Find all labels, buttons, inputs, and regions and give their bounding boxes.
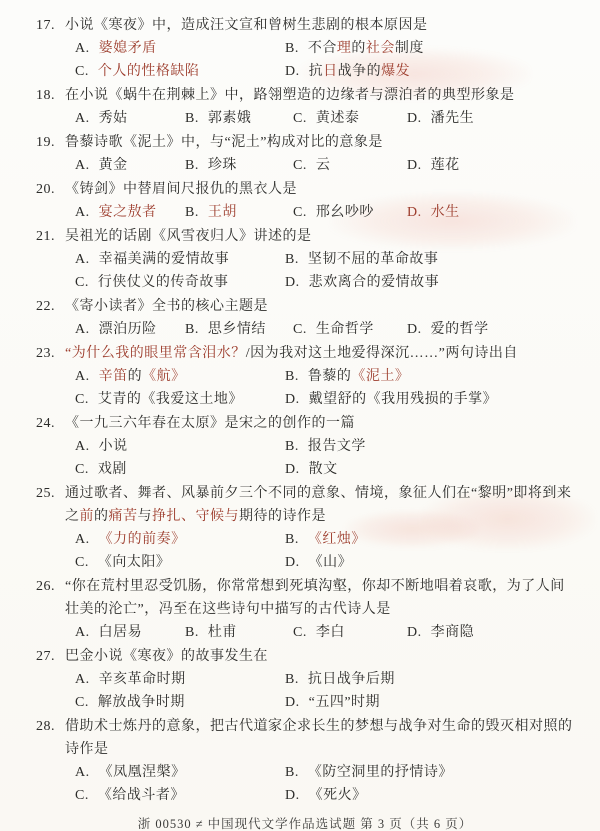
option: A.小说 bbox=[75, 435, 285, 458]
stem-segment: 的 bbox=[94, 509, 109, 524]
option: B.王胡 bbox=[185, 201, 293, 224]
stem-segment: 痛苦 bbox=[109, 509, 138, 524]
option-text: 《山》 bbox=[309, 555, 353, 570]
option-text-segment: 《红烛》 bbox=[308, 532, 366, 547]
option-text-segment: 抗日战争后期 bbox=[308, 672, 395, 687]
option: D.《死火》 bbox=[285, 784, 574, 807]
options-grid: A.秀姑B.郭素娥C.黄述泰D.潘先生 bbox=[75, 107, 574, 130]
option: C.《给战斗者》 bbox=[75, 784, 285, 807]
option: D.悲欢离合的爱情故事 bbox=[285, 271, 574, 294]
option: A.黄金 bbox=[75, 154, 185, 177]
stem-segment: 前 bbox=[80, 509, 95, 524]
option-label: B. bbox=[185, 322, 199, 337]
option-label: B. bbox=[285, 765, 299, 780]
option-text-segment: 潘先生 bbox=[431, 111, 475, 126]
question-list: 17.小说《寒夜》中，造成汪文宣和曾树生悲剧的根本原因是A.婆媳矛盾B.不合理的… bbox=[36, 14, 574, 807]
options-grid: A.幸福美满的爱情故事B.坚韧不屈的革命故事C.行侠仗义的传奇故事D.悲欢离合的… bbox=[75, 248, 574, 294]
stem-segment: 挣扎、 bbox=[152, 509, 196, 524]
option: A.幸福美满的爱情故事 bbox=[75, 248, 285, 271]
options-grid: A.《力的前奏》B.《红烛》C.《向太阳》D.《山》 bbox=[75, 528, 574, 574]
question-stem: 吴祖光的话剧《风雪夜归人》讲述的是 bbox=[65, 225, 574, 248]
option-text-segment: 《向太阳》 bbox=[98, 555, 171, 570]
question-number: 27. bbox=[36, 645, 65, 668]
question-stem: 《铸剑》中替眉间尺报仇的黑衣人是 bbox=[65, 178, 574, 201]
option-text: 《防空洞里的抒情诗》 bbox=[308, 765, 453, 780]
stem-segment: 《铸剑》中替眉间尺报仇的黑衣人是 bbox=[65, 182, 297, 197]
option-text: 潘先生 bbox=[431, 111, 475, 126]
question-stem-row: 28.借助术士炼丹的意象，把古代道家企求长生的梦想与战争对生命的毁灭相对照的诗作… bbox=[36, 715, 574, 761]
option: B.不合理的社会制度 bbox=[285, 37, 574, 60]
option-label: C. bbox=[293, 158, 307, 173]
question-stem: “你在荒村里忍受饥肠，你常常想到死填沟壑，你却不断地唱着哀歌，为了人间壮美的沦亡… bbox=[65, 575, 574, 621]
option-text-segment: 艾青的《我爱这土地》 bbox=[98, 392, 243, 407]
option-text: 生命哲学 bbox=[316, 322, 374, 337]
option-label: B. bbox=[285, 252, 299, 267]
question-stem-row: 24.《一九三六年春在太原》是宋之的创作的一篇 bbox=[36, 412, 574, 435]
option-text: 邢幺吵吵 bbox=[316, 205, 374, 220]
option-label: B. bbox=[185, 111, 199, 126]
option: B.珍珠 bbox=[185, 154, 293, 177]
option: C.个人的性格缺陷 bbox=[75, 60, 285, 83]
option-text: 水生 bbox=[431, 205, 460, 220]
option-label: D. bbox=[285, 64, 300, 79]
option-text-segment: 解放战争时期 bbox=[98, 695, 185, 710]
footer-text: 浙 00530 ≠ 中国现代文学作品选试题 第 3 页（共 6 页） bbox=[138, 817, 473, 831]
option-label: A. bbox=[75, 205, 90, 220]
option-label: A. bbox=[75, 41, 90, 56]
option-label: D. bbox=[285, 275, 300, 290]
option: B.《红烛》 bbox=[285, 528, 574, 551]
option-text-segment: 散文 bbox=[309, 462, 338, 477]
question-stem-row: 19.鲁藜诗歌《泥土》中，与“泥土”构成对比的意象是 bbox=[36, 131, 574, 154]
option-text: 辛亥革命时期 bbox=[99, 672, 186, 687]
option: C.艾青的《我爱这土地》 bbox=[75, 388, 285, 411]
option-text: 《向太阳》 bbox=[98, 555, 171, 570]
option-text-segment: 《死火》 bbox=[309, 788, 367, 803]
option-text: 《凤凰涅槃》 bbox=[99, 765, 186, 780]
option-text: 《死火》 bbox=[309, 788, 367, 803]
option-text-segment: 小说 bbox=[99, 439, 128, 454]
option-text: 李白 bbox=[316, 625, 345, 640]
option-text-segment: 李白 bbox=[316, 625, 345, 640]
option: A.漂泊历险 bbox=[75, 318, 185, 341]
stem-segment: 《一九三六年春在太原》是宋之的创作的一篇 bbox=[65, 416, 355, 431]
option-text-segment: 爆发 bbox=[381, 64, 410, 79]
question-stem: 通过歌者、舞者、风暴前夕三个不同的意象、情境，象征人们在“黎明”即将到来之前的痛… bbox=[65, 482, 574, 528]
option-text: 秀姑 bbox=[99, 111, 128, 126]
option-text: 珍珠 bbox=[208, 158, 237, 173]
stem-segment: 与 bbox=[225, 509, 240, 524]
question: 21.吴祖光的话剧《风雪夜归人》讲述的是A.幸福美满的爱情故事B.坚韧不屈的革命… bbox=[36, 225, 574, 294]
option: B.思乡情结 bbox=[185, 318, 293, 341]
option-text: 《力的前奏》 bbox=[99, 532, 186, 547]
option: D.《山》 bbox=[285, 551, 574, 574]
option-text: 辛笛的《航》 bbox=[99, 369, 186, 384]
exam-page: 17.小说《寒夜》中，造成汪文宣和曾树生悲剧的根本原因是A.婆媳矛盾B.不合理的… bbox=[0, 0, 600, 831]
option-text: 幸福美满的爱情故事 bbox=[99, 252, 230, 267]
option-text-segment: 《泥土》 bbox=[351, 369, 409, 384]
option-text-segment: 生命哲学 bbox=[316, 322, 374, 337]
option-text: 王胡 bbox=[208, 205, 237, 220]
option: D.莲花 bbox=[407, 154, 574, 177]
stem-segment: /因为我对这土地爱得深沉……”两句诗出自 bbox=[246, 346, 518, 361]
option-text: 《给战斗者》 bbox=[98, 788, 185, 803]
option-text-segment: 婆媳矛盾 bbox=[99, 41, 157, 56]
question: 23.“为什么我的眼里常含泪水？/因为我对这土地爱得深沉……”两句诗出自A.辛笛… bbox=[36, 342, 574, 411]
option-text-segment: 珍珠 bbox=[208, 158, 237, 173]
question-stem: 《一九三六年春在太原》是宋之的创作的一篇 bbox=[65, 412, 574, 435]
stem-segment: 小说《寒夜》中，造成汪文宣和曾树生悲剧的根本原因是 bbox=[65, 18, 428, 33]
option-label: C. bbox=[75, 462, 89, 477]
option-text-segment: 戏剧 bbox=[98, 462, 127, 477]
option-text-segment: 杜甫 bbox=[208, 625, 237, 640]
question-number: 24. bbox=[36, 412, 65, 435]
option: A.《凤凰涅槃》 bbox=[75, 761, 285, 784]
option-text-segment: 秀姑 bbox=[99, 111, 128, 126]
option: A.辛笛的《航》 bbox=[75, 365, 285, 388]
option-label: D. bbox=[407, 111, 422, 126]
option-text-segment: 邢幺吵吵 bbox=[316, 205, 374, 220]
option: D.爱的哲学 bbox=[407, 318, 574, 341]
option-text-segment: 辛亥革命时期 bbox=[99, 672, 186, 687]
option-text-segment: 莲花 bbox=[431, 158, 460, 173]
option-label: D. bbox=[285, 788, 300, 803]
option-text: 悲欢离合的爱情故事 bbox=[309, 275, 440, 290]
option-label: C. bbox=[75, 555, 89, 570]
question-stem-row: 25.通过歌者、舞者、风暴前夕三个不同的意象、情境，象征人们在“黎明”即将到来之… bbox=[36, 482, 574, 528]
option-label: A. bbox=[75, 625, 90, 640]
option-text: 郭素娥 bbox=[208, 111, 252, 126]
question-stem-row: 22.《寄小读者》全书的核心主题是 bbox=[36, 295, 574, 318]
option: B.《防空洞里的抒情诗》 bbox=[285, 761, 574, 784]
option-label: A. bbox=[75, 672, 90, 687]
question-stem-row: 26.“你在荒村里忍受饥肠，你常常想到死填沟壑，你却不断地唱着哀歌，为了人间壮美… bbox=[36, 575, 574, 621]
question: 24.《一九三六年春在太原》是宋之的创作的一篇A.小说B.报告文学C.戏剧D.散… bbox=[36, 412, 574, 481]
question: 28.借助术士炼丹的意象，把古代道家企求长生的梦想与战争对生命的毁灭相对照的诗作… bbox=[36, 715, 574, 807]
option-text: 《红烛》 bbox=[308, 532, 366, 547]
question-number: 21. bbox=[36, 225, 65, 248]
question-number: 19. bbox=[36, 131, 65, 154]
option-label: C. bbox=[75, 392, 89, 407]
option: C.《向太阳》 bbox=[75, 551, 285, 574]
option-label: C. bbox=[293, 205, 307, 220]
option-text-segment: 的 bbox=[128, 369, 143, 384]
option-label: A. bbox=[75, 765, 90, 780]
question-stem-row: 21.吴祖光的话剧《风雪夜归人》讲述的是 bbox=[36, 225, 574, 248]
option-text-segment: 幸福美满的爱情故事 bbox=[99, 252, 230, 267]
option-label: B. bbox=[285, 672, 299, 687]
option-text: 坚韧不屈的革命故事 bbox=[308, 252, 439, 267]
option-text-segment: 思乡情结 bbox=[208, 322, 266, 337]
options-grid: A.辛笛的《航》B.鲁藜的《泥土》C.艾青的《我爱这土地》D.戴望舒的《我用残损… bbox=[75, 365, 574, 411]
question-stem-row: 17.小说《寒夜》中，造成汪文宣和曾树生悲剧的根本原因是 bbox=[36, 14, 574, 37]
option: C.云 bbox=[293, 154, 407, 177]
option-label: B. bbox=[285, 369, 299, 384]
option: C.李白 bbox=[293, 621, 407, 644]
option: B.郭素娥 bbox=[185, 107, 293, 130]
question-stem-row: 20.《铸剑》中替眉间尺报仇的黑衣人是 bbox=[36, 178, 574, 201]
option-text-segment: 云 bbox=[316, 158, 331, 173]
question-number: 28. bbox=[36, 715, 65, 761]
option-text: 散文 bbox=[309, 462, 338, 477]
option-text-segment: 爱的哲学 bbox=[431, 322, 489, 337]
option-label: A. bbox=[75, 158, 90, 173]
options-grid: A.白居易B.杜甫C.李白D.李商隐 bbox=[75, 621, 574, 644]
option-text-segment: 《山》 bbox=[309, 555, 353, 570]
exam-content: 17.小说《寒夜》中，造成汪文宣和曾树生悲剧的根本原因是A.婆媳矛盾B.不合理的… bbox=[0, 0, 600, 831]
options-grid: A.小说B.报告文学C.戏剧D.散文 bbox=[75, 435, 574, 481]
option-text-segment: 的 bbox=[351, 41, 366, 56]
option-text-segment: 不合 bbox=[308, 41, 337, 56]
question: 25.通过歌者、舞者、风暴前夕三个不同的意象、情境，象征人们在“黎明”即将到来之… bbox=[36, 482, 574, 574]
question-stem-row: 23.“为什么我的眼里常含泪水？/因为我对这土地爱得深沉……”两句诗出自 bbox=[36, 342, 574, 365]
option-text-segment: 行侠仗义的传奇故事 bbox=[98, 275, 229, 290]
option-label: C. bbox=[75, 788, 89, 803]
option-text-segment: 悲欢离合的爱情故事 bbox=[309, 275, 440, 290]
option-text-segment: 王胡 bbox=[208, 205, 237, 220]
option-label: A. bbox=[75, 439, 90, 454]
option-text-segment: 水生 bbox=[431, 205, 460, 220]
option-text-segment: 黄述泰 bbox=[316, 111, 360, 126]
options-grid: A.《凤凰涅槃》B.《防空洞里的抒情诗》C.《给战斗者》D.《死火》 bbox=[75, 761, 574, 807]
option: D.散文 bbox=[285, 458, 574, 481]
option: C.戏剧 bbox=[75, 458, 285, 481]
option-label: D. bbox=[285, 695, 300, 710]
option-label: C. bbox=[75, 695, 89, 710]
question-number: 25. bbox=[36, 482, 65, 528]
option-text-segment: “五四”时期 bbox=[309, 695, 380, 710]
option-text-segment: 《凤凰涅槃》 bbox=[99, 765, 186, 780]
option-label: D. bbox=[407, 158, 422, 173]
option-text: 戴望舒的《我用残损的手掌》 bbox=[309, 392, 498, 407]
option-label: B. bbox=[285, 532, 299, 547]
option-text-segment: 黄金 bbox=[99, 158, 128, 173]
option-text: 艾青的《我爱这土地》 bbox=[98, 392, 243, 407]
option-text: 杜甫 bbox=[208, 625, 237, 640]
option-text: 白居易 bbox=[99, 625, 143, 640]
option-text-segment: 鲁藜的 bbox=[308, 369, 352, 384]
option-text: 个人的性格缺陷 bbox=[98, 64, 200, 79]
option-text: 解放战争时期 bbox=[98, 695, 185, 710]
option-text-segment: 辛笛 bbox=[99, 369, 128, 384]
option-text-segment: 漂泊历险 bbox=[99, 322, 157, 337]
page-footer: 浙 00530 ≠ 中国现代文学作品选试题 第 3 页（共 6 页） bbox=[36, 814, 574, 831]
option-label: B. bbox=[185, 625, 199, 640]
stem-segment: 《寄小读者》全书的核心主题是 bbox=[65, 299, 268, 314]
option-text-segment: 郭素娥 bbox=[208, 111, 252, 126]
question-stem: 巴金小说《寒夜》的故事发生在 bbox=[65, 645, 574, 668]
option-text-segment: 日 bbox=[323, 64, 338, 79]
options-grid: A.宴之敖者B.王胡C.邢幺吵吵D.水生 bbox=[75, 201, 574, 224]
option-label: A. bbox=[75, 532, 90, 547]
option-text: 云 bbox=[316, 158, 331, 173]
option-text: 漂泊历险 bbox=[99, 322, 157, 337]
option-text-segment: 理 bbox=[337, 41, 352, 56]
option: C.行侠仗义的传奇故事 bbox=[75, 271, 285, 294]
option-text: 黄金 bbox=[99, 158, 128, 173]
option-label: A. bbox=[75, 369, 90, 384]
question-stem-row: 27.巴金小说《寒夜》的故事发生在 bbox=[36, 645, 574, 668]
question: 20.《铸剑》中替眉间尺报仇的黑衣人是A.宴之敖者B.王胡C.邢幺吵吵D.水生 bbox=[36, 178, 574, 224]
stem-segment: 借助术士炼丹的意象，把古代道家企求长生的梦想与战争对生命的毁灭相对照的诗作是 bbox=[65, 719, 573, 757]
option-text-segment: 战争的 bbox=[338, 64, 382, 79]
question-stem: 小说《寒夜》中，造成汪文宣和曾树生悲剧的根本原因是 bbox=[65, 14, 574, 37]
stem-segment: 巴金小说《寒夜》的故事发生在 bbox=[65, 649, 268, 664]
question-stem: 在小说《蜗牛在荆棘上》中，路翎塑造的边缘者与漂泊者的典型形象是 bbox=[65, 84, 574, 107]
option-text-segment: 《给战斗者》 bbox=[98, 788, 185, 803]
option-text-segment: 社会 bbox=[366, 41, 395, 56]
question: 19.鲁藜诗歌《泥土》中，与“泥土”构成对比的意象是A.黄金B.珍珠C.云D.莲… bbox=[36, 131, 574, 177]
option: A.《力的前奏》 bbox=[75, 528, 285, 551]
question: 27.巴金小说《寒夜》的故事发生在A.辛亥革命时期B.抗日战争后期C.解放战争时… bbox=[36, 645, 574, 714]
option-label: C. bbox=[75, 64, 89, 79]
option: C.邢幺吵吵 bbox=[293, 201, 407, 224]
option-label: D. bbox=[407, 205, 422, 220]
option-text: 鲁藜的《泥土》 bbox=[308, 369, 410, 384]
option-text: 黄述泰 bbox=[316, 111, 360, 126]
option-text: 行侠仗义的传奇故事 bbox=[98, 275, 229, 290]
option: A.婆媳矛盾 bbox=[75, 37, 285, 60]
option-label: B. bbox=[285, 439, 299, 454]
option-text-segment: 坚韧不屈的革命故事 bbox=[308, 252, 439, 267]
option: D.“五四”时期 bbox=[285, 691, 574, 714]
option-text: 不合理的社会制度 bbox=[308, 41, 424, 56]
question-number: 17. bbox=[36, 14, 65, 37]
stem-segment: 期待的诗作是 bbox=[239, 509, 326, 524]
question-number: 26. bbox=[36, 575, 65, 621]
option-text: 爱的哲学 bbox=[431, 322, 489, 337]
option-text: “五四”时期 bbox=[309, 695, 380, 710]
question: 22.《寄小读者》全书的核心主题是A.漂泊历险B.思乡情结C.生命哲学D.爱的哲… bbox=[36, 295, 574, 341]
option-label: C. bbox=[75, 275, 89, 290]
option-text-segment: 戴望舒的《我用残损的手掌》 bbox=[309, 392, 498, 407]
option-label: D. bbox=[285, 462, 300, 477]
option-label: D. bbox=[407, 625, 422, 640]
option-text: 小说 bbox=[99, 439, 128, 454]
option-text-segment: 白居易 bbox=[99, 625, 143, 640]
option-label: C. bbox=[293, 625, 307, 640]
option-label: D. bbox=[285, 392, 300, 407]
option-label: B. bbox=[185, 205, 199, 220]
question: 18.在小说《蜗牛在荆棘上》中，路翎塑造的边缘者与漂泊者的典型形象是A.秀姑B.… bbox=[36, 84, 574, 130]
option-text: 抗日战争的爆发 bbox=[309, 64, 411, 79]
question: 26.“你在荒村里忍受饥肠，你常常想到死填沟壑，你却不断地唱着哀歌，为了人间壮美… bbox=[36, 575, 574, 644]
option-text: 李商隐 bbox=[431, 625, 475, 640]
option: D.戴望舒的《我用残损的手掌》 bbox=[285, 388, 574, 411]
option: C.黄述泰 bbox=[293, 107, 407, 130]
option: D.水生 bbox=[407, 201, 574, 224]
option-text: 戏剧 bbox=[98, 462, 127, 477]
stem-segment: “为什么我的眼里常含泪水？ bbox=[65, 346, 246, 361]
option: C.生命哲学 bbox=[293, 318, 407, 341]
option: A.秀姑 bbox=[75, 107, 185, 130]
options-grid: A.婆媳矛盾B.不合理的社会制度C.个人的性格缺陷D.抗日战争的爆发 bbox=[75, 37, 574, 83]
stem-segment: 与 bbox=[138, 509, 153, 524]
question-number: 22. bbox=[36, 295, 65, 318]
option: B.杜甫 bbox=[185, 621, 293, 644]
question-number: 18. bbox=[36, 84, 65, 107]
option-text-segment: 抗 bbox=[309, 64, 324, 79]
option: C.解放战争时期 bbox=[75, 691, 285, 714]
option-label: D. bbox=[407, 322, 422, 337]
stem-segment: 在小说《蜗牛在荆棘上》中，路翎塑造的边缘者与漂泊者的典型形象是 bbox=[65, 88, 515, 103]
option-label: A. bbox=[75, 111, 90, 126]
stem-segment: 鲁藜诗歌《泥土》中，与“泥土”构成对比的意象是 bbox=[65, 135, 383, 150]
option: B.抗日战争后期 bbox=[285, 668, 574, 691]
question-stem: 鲁藜诗歌《泥土》中，与“泥土”构成对比的意象是 bbox=[65, 131, 574, 154]
option-text-segment: 《防空洞里的抒情诗》 bbox=[308, 765, 453, 780]
stem-segment: 吴祖光的话剧《风雪夜归人》讲述的是 bbox=[65, 229, 312, 244]
option-text: 抗日战争后期 bbox=[308, 672, 395, 687]
question-number: 20. bbox=[36, 178, 65, 201]
option-text-segment: 报告文学 bbox=[308, 439, 366, 454]
option-text-segment: 宴之敖者 bbox=[99, 205, 157, 220]
option: A.辛亥革命时期 bbox=[75, 668, 285, 691]
option: D.潘先生 bbox=[407, 107, 574, 130]
option-label: B. bbox=[185, 158, 199, 173]
option-text: 莲花 bbox=[431, 158, 460, 173]
option-text-segment: 《航》 bbox=[142, 369, 186, 384]
option: B.坚韧不屈的革命故事 bbox=[285, 248, 574, 271]
options-grid: A.辛亥革命时期B.抗日战争后期C.解放战争时期D.“五四”时期 bbox=[75, 668, 574, 714]
option-text: 宴之敖者 bbox=[99, 205, 157, 220]
question: 17.小说《寒夜》中，造成汪文宣和曾树生悲剧的根本原因是A.婆媳矛盾B.不合理的… bbox=[36, 14, 574, 83]
question-stem: “为什么我的眼里常含泪水？/因为我对这土地爱得深沉……”两句诗出自 bbox=[65, 342, 574, 365]
option-label: C. bbox=[293, 322, 307, 337]
question-stem: 借助术士炼丹的意象，把古代道家企求长生的梦想与战争对生命的毁灭相对照的诗作是 bbox=[65, 715, 574, 761]
options-grid: A.漂泊历险B.思乡情结C.生命哲学D.爱的哲学 bbox=[75, 318, 574, 341]
option: B.鲁藜的《泥土》 bbox=[285, 365, 574, 388]
option-label: A. bbox=[75, 322, 90, 337]
option-text-segment: 制度 bbox=[395, 41, 424, 56]
option-text-segment: 李商隐 bbox=[431, 625, 475, 640]
option-text: 婆媳矛盾 bbox=[99, 41, 157, 56]
question-number: 23. bbox=[36, 342, 65, 365]
options-grid: A.黄金B.珍珠C.云D.莲花 bbox=[75, 154, 574, 177]
option: A.宴之敖者 bbox=[75, 201, 185, 224]
question-stem: 《寄小读者》全书的核心主题是 bbox=[65, 295, 574, 318]
option-text: 思乡情结 bbox=[208, 322, 266, 337]
option-text-segment: 《力的前奏》 bbox=[99, 532, 186, 547]
option: A.白居易 bbox=[75, 621, 185, 644]
option-label: C. bbox=[293, 111, 307, 126]
option-label: A. bbox=[75, 252, 90, 267]
option-text-segment: 个人的性格缺陷 bbox=[98, 64, 200, 79]
option-label: B. bbox=[285, 41, 299, 56]
option: B.报告文学 bbox=[285, 435, 574, 458]
option: D.李商隐 bbox=[407, 621, 574, 644]
option: D.抗日战争的爆发 bbox=[285, 60, 574, 83]
question-stem-row: 18.在小说《蜗牛在荆棘上》中，路翎塑造的边缘者与漂泊者的典型形象是 bbox=[36, 84, 574, 107]
option-label: D. bbox=[285, 555, 300, 570]
option-text: 报告文学 bbox=[308, 439, 366, 454]
stem-segment: “你在荒村里忍受饥肠，你常常想到死填沟壑，你却不断地唱着哀歌，为了人间壮美的沦亡… bbox=[65, 579, 565, 617]
stem-segment: 守候 bbox=[196, 509, 225, 524]
